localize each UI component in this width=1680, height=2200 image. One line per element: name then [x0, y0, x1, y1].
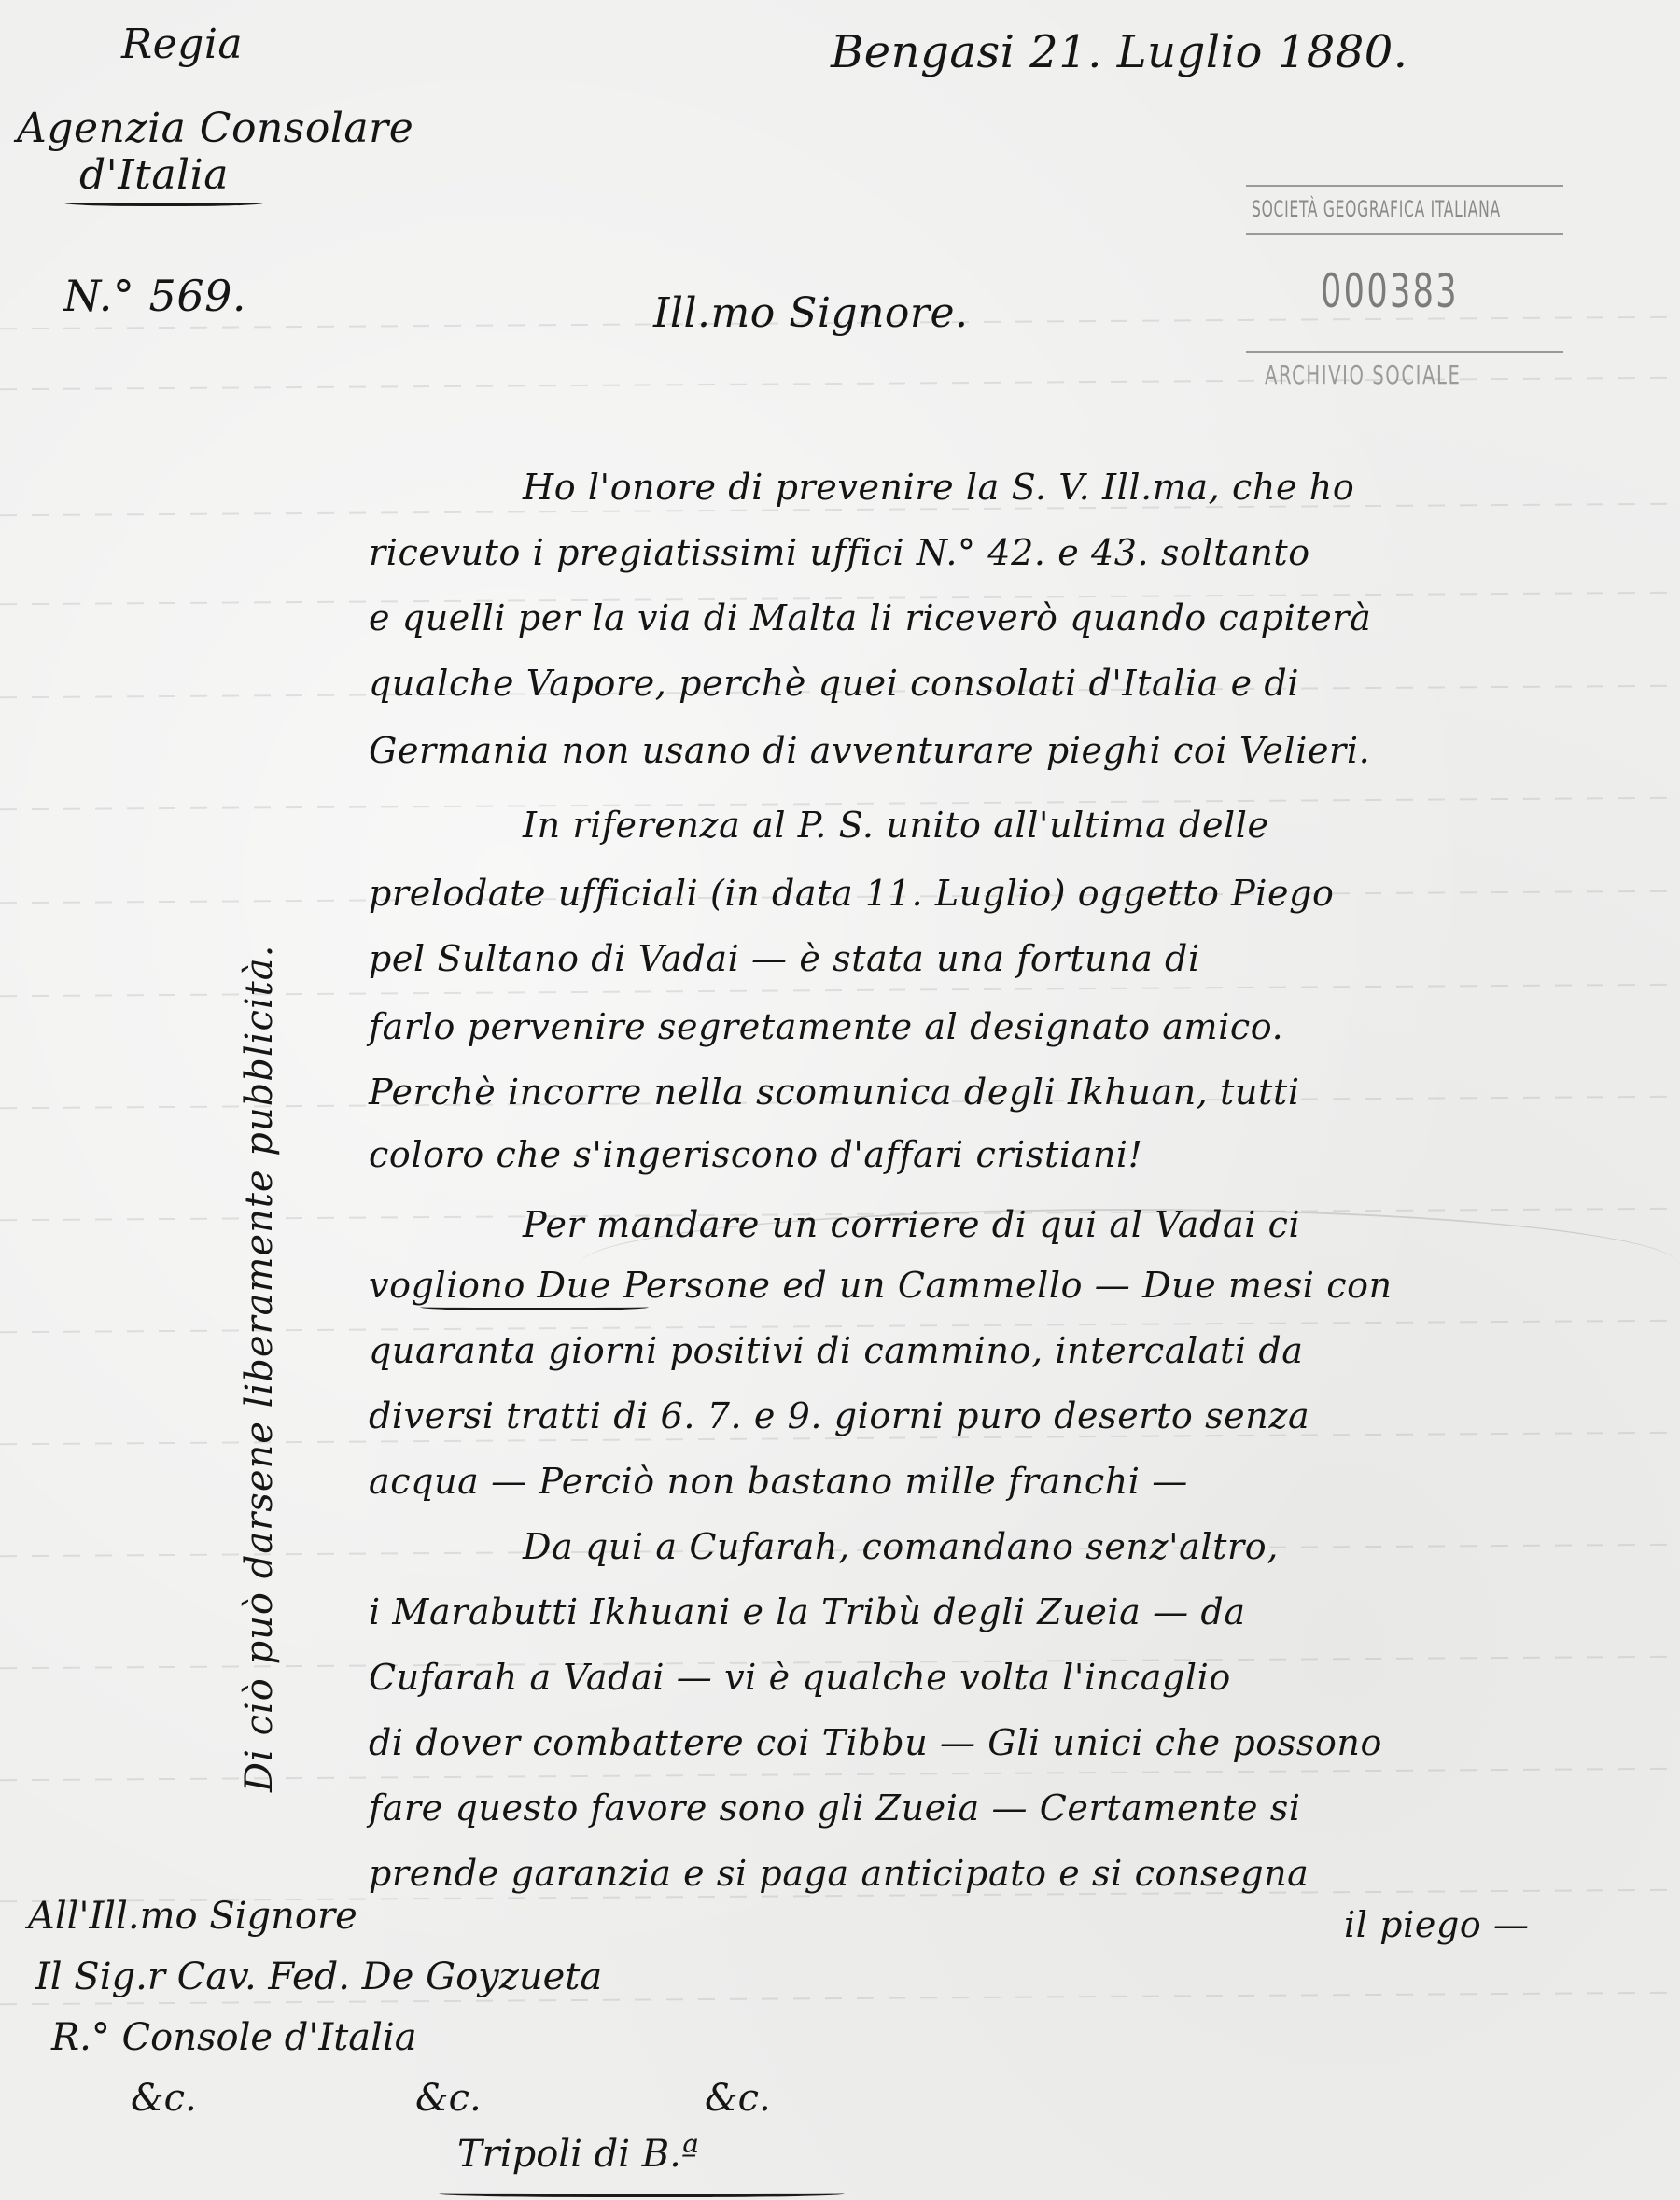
body-line: Germania non usano di avventurare pieghi…: [369, 730, 1370, 771]
body-line: i Marabutti Ikhuani e la Tribù degli Zue…: [369, 1591, 1246, 1632]
letterhead-line-1: Regia: [121, 21, 243, 68]
body-line: pel Sultano di Vadai — è stata una fortu…: [369, 938, 1200, 979]
city-underline: [439, 2189, 845, 2197]
phrase-underline: [420, 1302, 649, 1310]
body-line: Cufarah a Vadai — vi è qualche volta l'i…: [369, 1657, 1231, 1698]
body-line: e quelli per la via di Malta li riceverò…: [369, 597, 1371, 638]
body-line: prende garanzia e si paga anticipato e s…: [369, 1853, 1309, 1894]
body-line: qualche Vapore, perchè quei consolati d'…: [369, 663, 1299, 704]
address-etc: &c.: [705, 2077, 771, 2120]
address-line-3: R.° Console d'Italia: [51, 2016, 417, 2059]
address-etc: &c.: [131, 2077, 197, 2120]
letter-page: Regia Agenzia Consolare d'Italia N.° 569…: [0, 0, 1680, 2200]
body-line: diversi tratti di 6. 7. e 9. giorni puro…: [369, 1395, 1309, 1436]
letterhead-line-2: Agenzia Consolare: [17, 105, 413, 152]
body-line: prelodate ufficiali (in data 11. Luglio)…: [369, 873, 1335, 914]
body-line: farlo pervenire segretamente al designat…: [369, 1006, 1283, 1047]
body-line: Per mandare un corriere di qui al Vadai …: [523, 1204, 1300, 1245]
body-line: fare questo favore sono gli Zueia — Cert…: [369, 1787, 1301, 1829]
letterhead-line-3: d'Italia: [79, 151, 229, 199]
address-line-2: Il Sig.r Cav. Fed. De Goyzueta: [35, 1955, 602, 1998]
stamp-archive-label: ARCHIVIO SOCIALE: [1265, 359, 1461, 390]
letterhead-underline: [63, 198, 264, 206]
salutation: Ill.mo Signore.: [653, 289, 968, 337]
body-line: In riferenza al P. S. unito all'ultima d…: [523, 805, 1269, 846]
body-line: Da qui a Cufarah, comandano senz'altro,: [523, 1526, 1279, 1567]
stamp-society-label: SOCIETÀ GEOGRAFICA ITALIANA: [1252, 196, 1501, 222]
place-date: Bengasi 21. Luglio 1880.: [831, 26, 1408, 78]
body-line: vogliono Due Persone ed un Cammello — Du…: [369, 1265, 1393, 1306]
stamp-rule-mid: [1246, 233, 1563, 235]
address-city: Tripoli di B.ª: [457, 2133, 699, 2176]
margin-note: Di ciò può darsene liberamente pubblicit…: [238, 945, 281, 1792]
stamp-rule-lower: [1246, 351, 1563, 353]
archive-stamp: SOCIETÀ GEOGRAFICA ITALIANA 000383 ARCHI…: [1246, 185, 1563, 395]
body-line: Ho l'onore di prevenire la S. V. Ill.ma,…: [523, 467, 1354, 508]
body-line: Perchè incorre nella scomunica degli Ikh…: [369, 1072, 1300, 1113]
stamp-archive-number: 000383: [1321, 264, 1459, 318]
body-line: ricevuto i pregiatissimi uffici N.° 42. …: [369, 532, 1310, 573]
body-line: il piego —: [1344, 1904, 1530, 1945]
stamp-rule-top: [1246, 185, 1563, 187]
body-line: quaranta giorni positivi di cammino, int…: [369, 1330, 1304, 1371]
body-line: di dover combattere coi Tibbu — Gli unic…: [369, 1722, 1382, 1763]
address-etc: &c.: [415, 2077, 482, 2120]
body-line: acqua — Perciò non bastano mille franchi…: [369, 1461, 1188, 1502]
address-line-1: All'Ill.mo Signore: [28, 1895, 357, 1938]
body-line: coloro che s'ingeriscono d'affari cristi…: [369, 1134, 1143, 1175]
protocol-number: N.° 569.: [63, 271, 246, 321]
